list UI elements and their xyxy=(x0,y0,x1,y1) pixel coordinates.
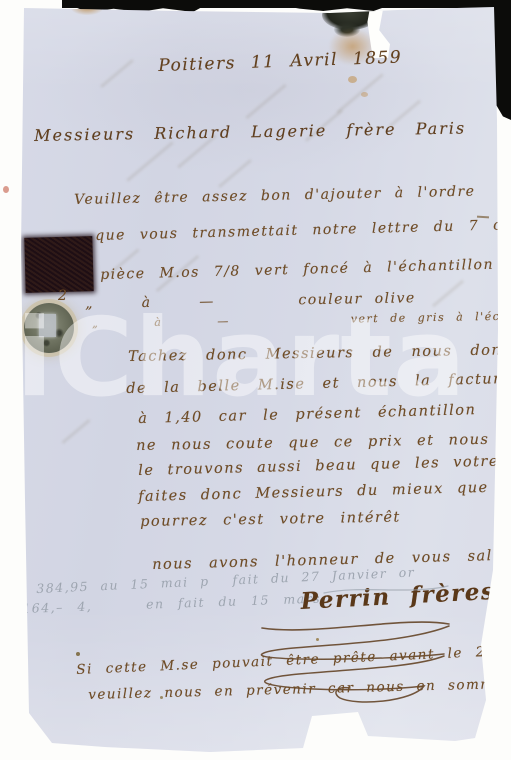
pencil-flourish xyxy=(322,580,452,600)
wax-seal xyxy=(24,303,74,353)
rust-stain xyxy=(361,92,368,97)
paper-speck xyxy=(76,652,80,656)
scan-edge-top-ragged xyxy=(290,7,385,11)
margin-stain xyxy=(3,186,9,193)
wax-seal-center xyxy=(39,314,56,337)
scanned-letter-photo: Poitiers 11 Avril 1859 Messieurs Richard… xyxy=(0,0,511,760)
swatch-number: 2 xyxy=(58,288,68,304)
letter-paper: Poitiers 11 Avril 1859 Messieurs Richard… xyxy=(0,0,511,760)
rust-stain xyxy=(348,76,357,83)
fabric-swatch xyxy=(24,236,93,293)
scan-edge-top xyxy=(62,0,511,8)
